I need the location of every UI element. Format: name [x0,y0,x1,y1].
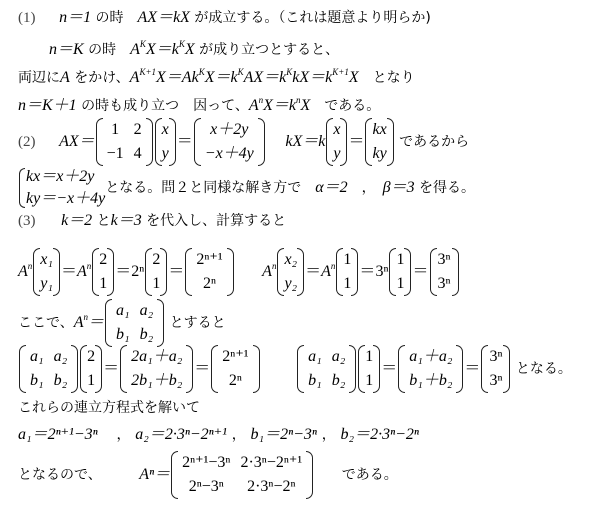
part1-line3: 両辺にA をかけ、AK+1X＝AkKX＝kKAX＝kKkX＝kK+1X となり [18,62,415,88]
vector-X: xy [155,118,176,166]
separator: ， [232,427,246,443]
vector-11: 11 [336,248,358,296]
part1-n-eq-k: n＝K [49,41,84,58]
part1-text: の時 [84,42,130,58]
part3-text: ここで、 [18,315,74,331]
part1-text: 両辺に [18,70,60,86]
part1-label: (1) [18,10,36,26]
part3-line1: (3) k＝2 とk＝3 を代入し、計算すると [18,210,286,231]
vector-21c: 21 [80,345,102,393]
part2-kx-lhs: kX＝k [285,133,325,150]
matrix-An: a₁a₂b₁b₂ [105,299,164,347]
part1-ax-eq-kx: AX＝kX [138,9,190,26]
part1-text: である。 [310,98,380,114]
part1-line1: (1) n＝1 の時 AX＝kX が成立する。（これは題意より明らか) [18,7,431,28]
vector-X2: xy [326,118,347,166]
part3-text: とすると [165,315,225,331]
vector-result1: 2ⁿ⁺¹2ⁿ [185,248,233,296]
part3-label: (3) [18,213,36,229]
math-A: A [60,69,70,86]
vector-x1y1: x₁y₁ [33,248,60,296]
vector-result2b: 3ⁿ3ⁿ [481,345,510,393]
matrix-A: 12−14 [96,118,153,166]
vector-prod1: 2a₁＋a₂2b₁＋b₂ [120,345,193,393]
part3-solve-text: これらの連立方程式を解いて [18,397,200,418]
part1-n-eq-k1: n＝K＋1 [18,97,77,114]
vector-11b: 11 [389,248,411,296]
part1-text: をかけ、 [70,70,130,86]
final-matrix: 2ⁿ⁺¹−3ⁿ2·3ⁿ−2ⁿ⁺¹2ⁿ−3ⁿ2·3ⁿ−2ⁿ [171,451,313,499]
part3-text: である。 [342,467,398,483]
part1-conclusion: AnX＝knX [249,97,310,114]
part1-text: の時 [91,10,137,26]
part1-line2: n＝K の時 AKX＝kKX が成り立つとすると、 [49,34,339,60]
part3-solutions: a₁＝2ⁿ⁺¹−3ⁿ ， a₂＝2·3ⁿ−2ⁿ⁺¹ ， b₁＝2ⁿ−3ⁿ ， b… [18,424,419,445]
solution-a2: a₂＝2·3ⁿ−2ⁿ⁺¹ [135,426,227,443]
part1-text: が成り立つとすると、 [195,42,339,58]
k-eq-2: k＝2 [61,212,92,229]
equation-system: kx＝x＋2yky＝−x＋4y [18,166,105,210]
solution-a1: a₁＝2ⁿ⁺¹−3ⁿ [18,426,98,443]
vector-11c: 11 [358,345,380,393]
part3-text: これらの連立方程式を解いて [18,400,200,416]
part1-induction-hyp: AKX＝kKX [130,41,194,58]
beta-value: β＝3 [383,179,415,196]
vector-AX: x＋2y−x＋4y [194,118,265,166]
part1-text: が成立する。（これは題意より明らか) [190,10,431,26]
matrix-An-2: a₁a₂b₁b₂ [297,345,356,393]
separator: ， [322,427,336,443]
final-lhs: Aⁿ＝ [139,466,170,483]
part2-text: となる。問２と同様な解き方で [105,180,315,196]
vector-kX: kxky [365,118,393,166]
part3-text: となる。 [511,361,571,377]
part3-text: を代入し、計算すると [142,213,286,229]
solution-b1: b₁＝2ⁿ−3ⁿ [251,426,317,443]
part1-line4: n＝K＋1 の時も成り立つ 因って、AnX＝knX である。 [18,90,380,116]
matrix-An-1: a₁a₂b₁b₂ [19,345,78,393]
vector-result1b: 2ⁿ⁺¹2ⁿ [211,345,259,393]
alpha-value: α＝2 [315,179,347,196]
part2-line2: kx＝x＋2yky＝−x＋4yとなる。問２と同様な解き方で α＝2 ， β＝3 … [18,164,475,211]
coef-3n: 3ⁿ [375,263,388,280]
vector-prod2: a₁＋a₂b₁＋b₂ [398,345,463,393]
part2-line1: (2) AX＝12−14xy＝x＋2y−x＋4y kX＝kxy＝kxky である… [18,116,469,167]
part3-define-An: ここで、An＝a₁a₂b₁b₂ とすると [18,292,226,348]
part3-text: となるので、 [18,467,102,483]
separator: ， [362,180,369,196]
part2-label: (2) [18,134,36,150]
part2-ax-lhs: AX＝ [59,133,95,150]
part2-text: を得る。 [415,180,475,196]
vector-21b: 21 [145,248,167,296]
part3-text: と [92,213,110,229]
vector-result2: 3ⁿ3ⁿ [430,248,459,296]
part1-n-eq-1: n＝1 [59,9,91,26]
vector-21: 21 [92,248,114,296]
part1-text: の時も成り立つ 因って、 [77,98,249,114]
solution-b2: b₂＝2·3ⁿ−2ⁿ [341,426,419,443]
vector-x2y2: x₂y₂ [277,248,304,296]
part3-products: a₁a₂b₁b₂21＝2a₁＋a₂2b₁＋b₂＝2ⁿ⁺¹2ⁿ a₁a₂b₁b₂1… [18,342,572,395]
part3-eigen-eqs: Anx₁y₁＝An21＝2ⁿ21＝2ⁿ⁺¹2ⁿ Anx₂y₂＝An11＝3ⁿ11… [18,240,460,298]
part3-final: となるので、 Aⁿ＝2ⁿ⁺¹−3ⁿ2·3ⁿ−2ⁿ⁺¹2ⁿ−3ⁿ2·3ⁿ−2ⁿ で… [18,448,398,501]
part1-induction-step: AK+1X＝AkKX＝kKAX＝kKkX＝kK+1X [130,69,359,86]
part2-text: であるから [395,134,469,150]
k-eq-3: k＝3 [111,212,142,229]
coef-2n: 2ⁿ [131,263,144,280]
part1-text: となり [359,70,415,86]
separator: ， [116,427,130,443]
